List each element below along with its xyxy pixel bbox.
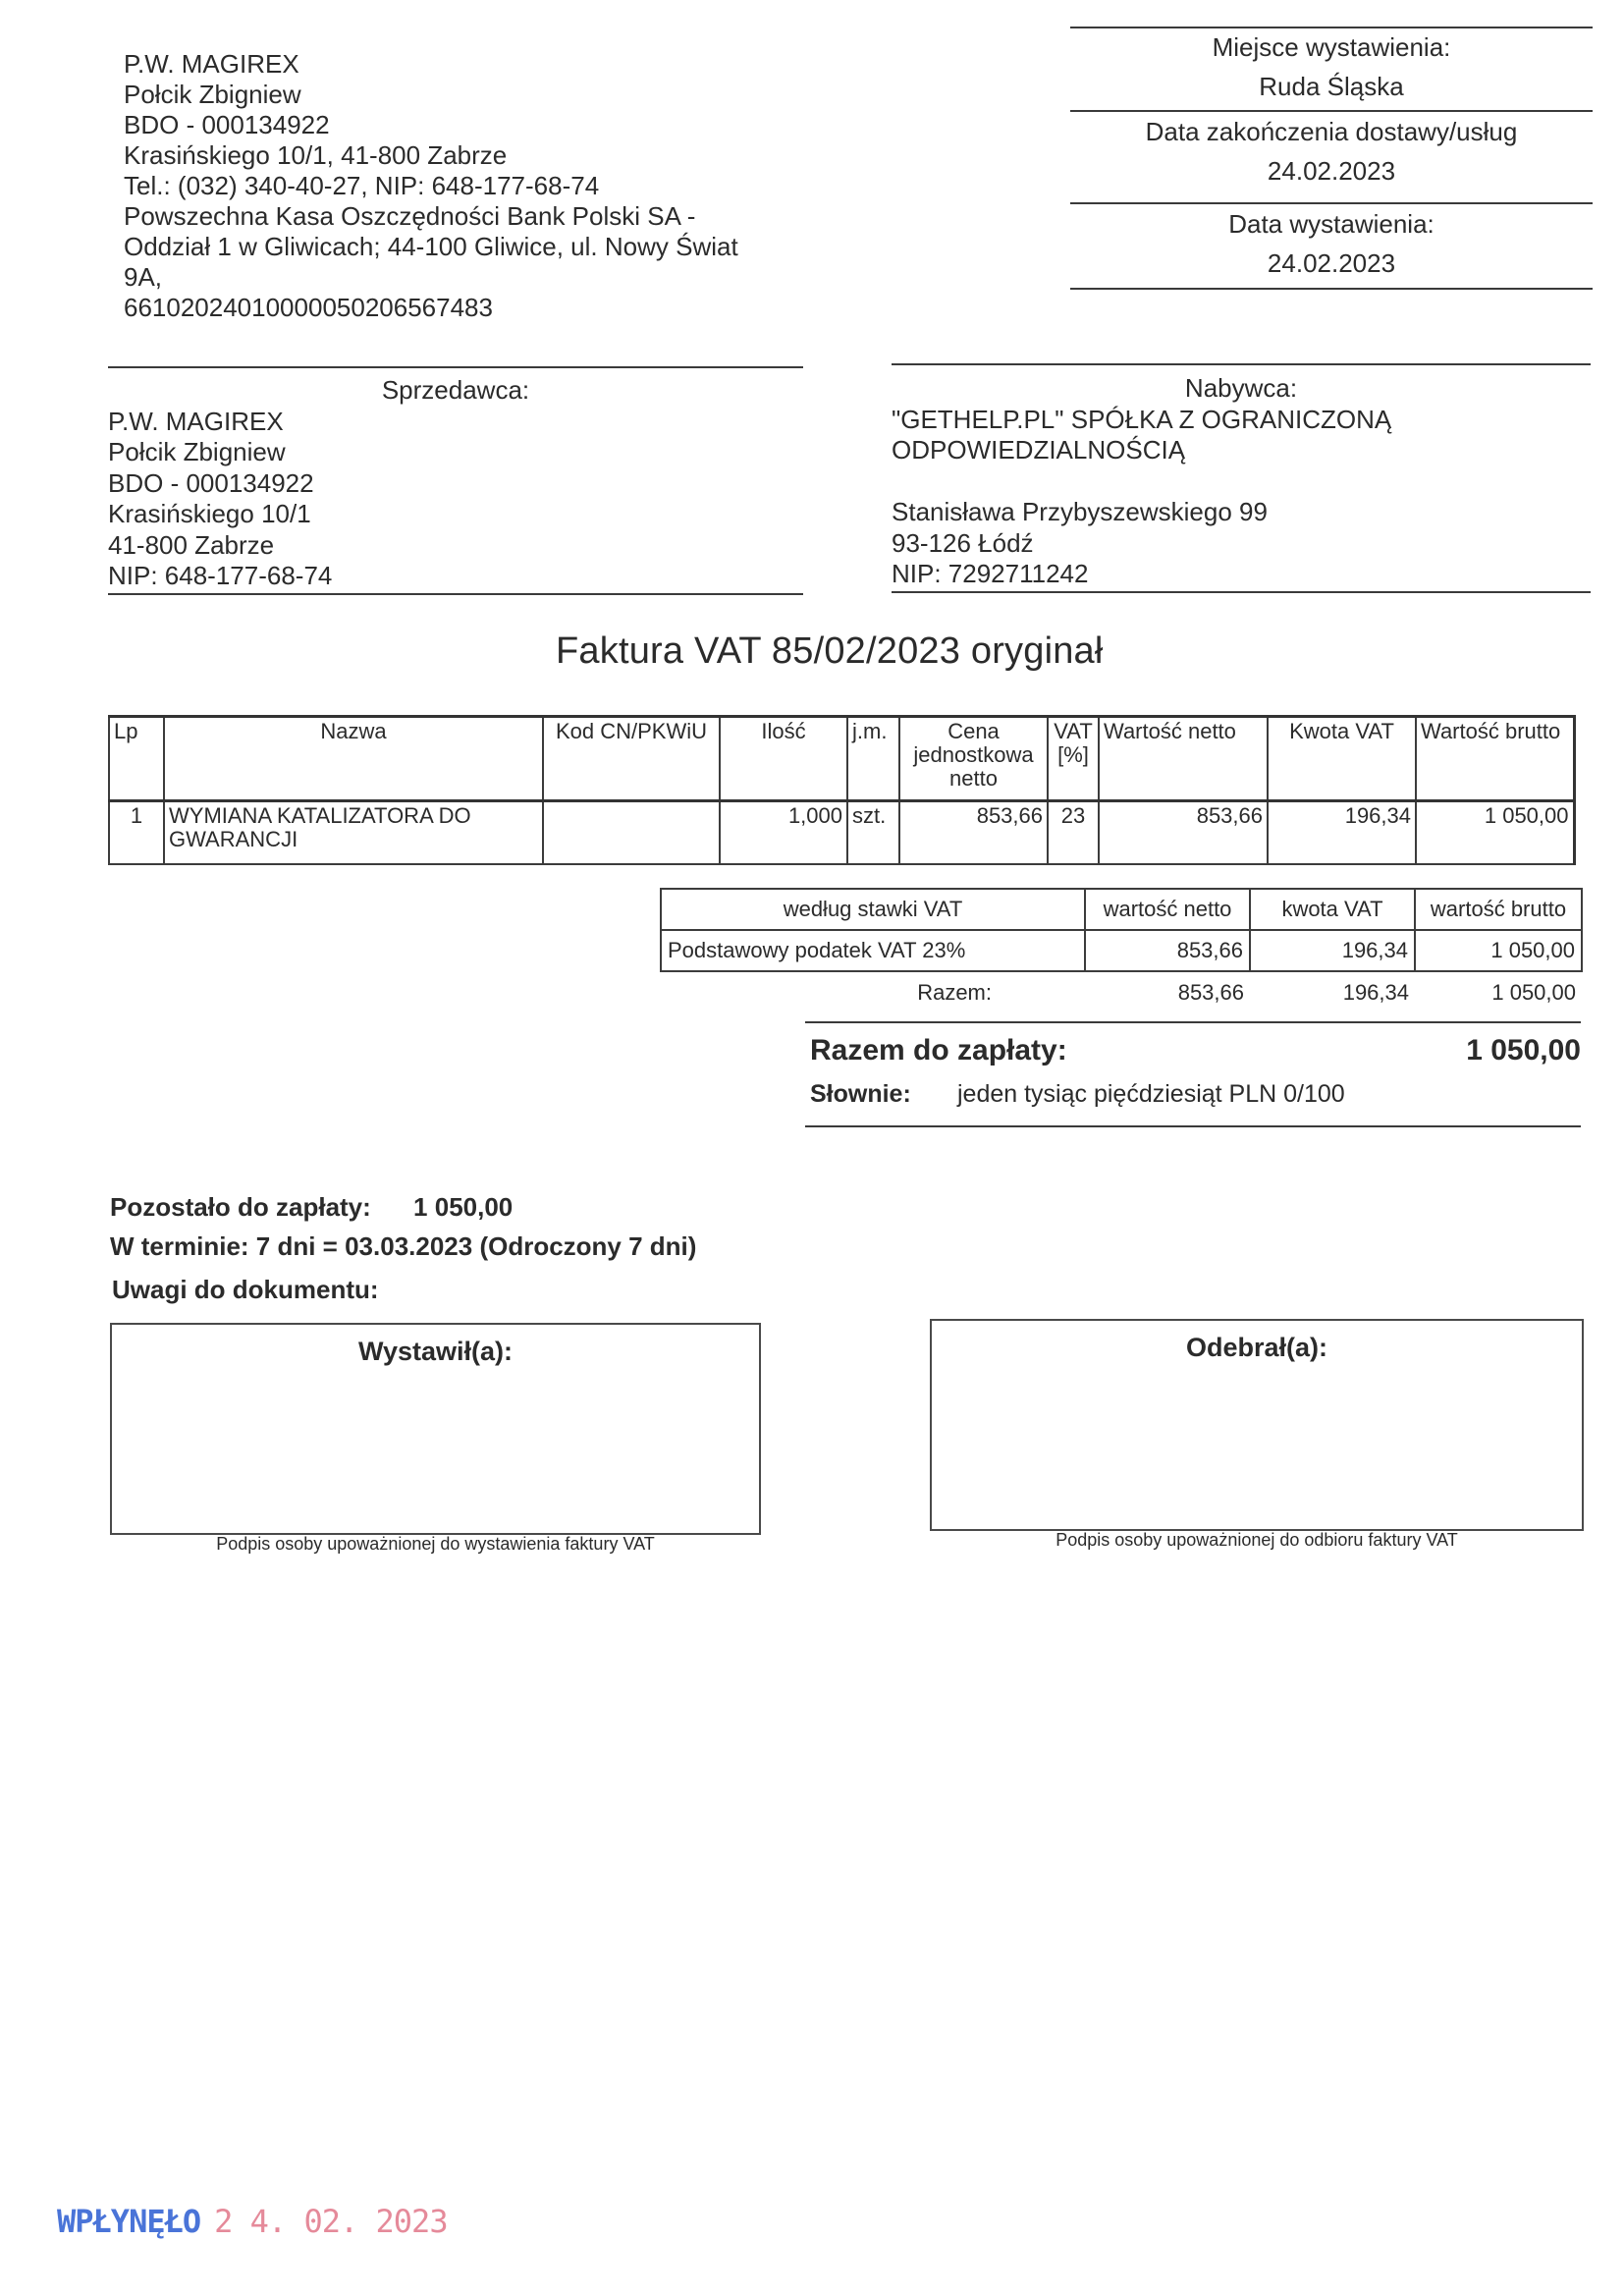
- table-row: 1 WYMIANA KATALIZATORA DO GWARANCJI 1,00…: [109, 801, 1574, 864]
- col-vat: VAT [%]: [1048, 717, 1099, 801]
- seller-line: Połcik Zbigniew: [108, 437, 803, 468]
- issuer-line: Krasińskiego 10/1, 41-800 Zabrze: [124, 140, 791, 171]
- buyer-line: Stanisława Przybyszewskiego 99: [892, 497, 1591, 528]
- col-name: Nazwa: [164, 717, 543, 801]
- cell-vat: 23: [1048, 801, 1099, 864]
- divider: [805, 1021, 1581, 1023]
- col-gross: Wartość brutto: [1416, 717, 1574, 801]
- divider: [892, 363, 1591, 365]
- divider: [108, 593, 803, 595]
- remaining-label: Pozostało do zapłaty:: [110, 1192, 371, 1222]
- total-due-label: Razem do zapłaty:: [810, 1034, 1067, 1067]
- divider: [108, 366, 803, 368]
- col-code: Kod CN/PKWiU: [543, 717, 720, 801]
- remaining-block: Pozostało do zapłaty: 1 050,00: [110, 1192, 513, 1223]
- summary-vat: 196,34: [1250, 930, 1415, 971]
- buyer-name: ODPOWIEDZIALNOŚCIĄ: [892, 435, 1591, 466]
- summary-total-label: Razem:: [661, 971, 1085, 1012]
- summary-total-gross: 1 050,00: [1415, 971, 1582, 1012]
- issuer-line: Powszechna Kasa Oszczędności Bank Polski…: [124, 201, 791, 232]
- col-net: Wartość netto: [1099, 717, 1268, 801]
- divider: [1070, 288, 1593, 290]
- issuer-line: Oddział 1 w Gliwicach; 44-100 Gliwice, u…: [124, 232, 791, 262]
- received-by-title: Odebrał(a):: [932, 1333, 1582, 1363]
- seller-line: P.W. MAGIREX: [108, 407, 803, 438]
- seller-line: NIP: 648-177-68-74: [108, 561, 803, 592]
- issuer-line: Połcik Zbigniew: [124, 80, 791, 110]
- summary-total-vat: 196,34: [1250, 971, 1415, 1012]
- issuer-signature-box: Wystawił(a):: [110, 1323, 761, 1535]
- buyer-line: 93-126 Łódź: [892, 528, 1591, 560]
- stamp-word: WPŁYNĘŁO: [57, 2203, 200, 2240]
- seller-line: Krasińskiego 10/1: [108, 499, 803, 530]
- issuer-bank-account: 66102024010000050206567483: [124, 293, 791, 323]
- receiver-signature-caption: Podpis osoby upoważnionej do odbioru fak…: [930, 1530, 1584, 1551]
- summary-col-gross: wartość brutto: [1415, 889, 1582, 930]
- divider: [1070, 110, 1593, 112]
- receiver-signature-box: Odebrał(a):: [930, 1319, 1584, 1531]
- table-row: Podstawowy podatek VAT 23% 853,66 196,34…: [661, 930, 1582, 971]
- summary-total-row: Razem: 853,66 196,34 1 050,00: [661, 971, 1582, 1012]
- cell-unit: szt.: [847, 801, 899, 864]
- items-table: Lp Nazwa Kod CN/PKWiU Ilość j.m. Cena je…: [108, 715, 1576, 865]
- summary-header-row: według stawki VAT wartość netto kwota VA…: [661, 889, 1582, 930]
- summary-rate: Podstawowy podatek VAT 23%: [661, 930, 1085, 971]
- buyer-name: "GETHELP.PL" SPÓŁKA Z OGRANICZONĄ: [892, 405, 1591, 436]
- summary-col-rate: według stawki VAT: [661, 889, 1085, 930]
- vat-summary-table: według stawki VAT wartość netto kwota VA…: [660, 888, 1583, 1012]
- cell-gross: 1 050,00: [1416, 801, 1574, 864]
- total-due-value: 1 050,00: [1414, 1034, 1581, 1067]
- cell-price: 853,66: [899, 801, 1048, 864]
- issuer-line: BDO - 000134922: [124, 110, 791, 140]
- col-price: Cena jednostkowa netto: [899, 717, 1048, 801]
- issuer-line: P.W. MAGIREX: [124, 49, 791, 80]
- delivery-date-label: Data zakończenia dostawy/usług: [1070, 117, 1593, 147]
- col-unit: j.m.: [847, 717, 899, 801]
- divider: [1070, 27, 1593, 28]
- summary-col-vat: kwota VAT: [1250, 889, 1415, 930]
- buyer-block: Nabywca: "GETHELP.PL" SPÓŁKA Z OGRANICZO…: [892, 373, 1591, 590]
- divider: [892, 591, 1591, 593]
- cell-lp: 1: [109, 801, 164, 864]
- delivery-date-value: 24.02.2023: [1070, 156, 1593, 187]
- seller-line: 41-800 Zabrze: [108, 530, 803, 562]
- seller-block: Sprzedawca: P.W. MAGIREX Połcik Zbigniew…: [108, 375, 803, 592]
- cell-vat-amount: 196,34: [1268, 801, 1416, 864]
- divider: [1070, 202, 1593, 204]
- notes-label: Uwagi do dokumentu:: [112, 1275, 379, 1305]
- issued-by-title: Wystawił(a):: [112, 1337, 759, 1367]
- summary-gross: 1 050,00: [1415, 930, 1582, 971]
- issuer-line: 9A,: [124, 262, 791, 293]
- amount-in-words-value: jeden tysiąc pięćdziesiąt PLN 0/100: [957, 1080, 1345, 1109]
- summary-net: 853,66: [1085, 930, 1250, 971]
- received-stamp: WPŁYNĘŁO2 4. 02. 2023: [57, 2203, 448, 2240]
- col-vat-amount: Kwota VAT: [1268, 717, 1416, 801]
- issuer-block: P.W. MAGIREX Połcik Zbigniew BDO - 00013…: [124, 49, 791, 323]
- cell-qty: 1,000: [720, 801, 847, 864]
- remaining-value: 1 050,00: [413, 1192, 513, 1222]
- invoice-title: Faktura VAT 85/02/2023 oryginał: [556, 630, 1104, 673]
- buyer-title: Nabywca:: [892, 373, 1591, 405]
- summary-total-net: 853,66: [1085, 971, 1250, 1012]
- summary-col-net: wartość netto: [1085, 889, 1250, 930]
- buyer-line: NIP: 7292711242: [892, 559, 1591, 590]
- place-label: Miejsce wystawienia:: [1070, 32, 1593, 63]
- seller-title: Sprzedawca:: [108, 375, 803, 407]
- issue-date-label: Data wystawienia:: [1070, 209, 1593, 240]
- seller-line: BDO - 000134922: [108, 468, 803, 500]
- place-value: Ruda Śląska: [1070, 72, 1593, 102]
- payment-term: W terminie: 7 dni = 03.03.2023 (Odroczon…: [110, 1231, 696, 1262]
- spacer: [892, 466, 1591, 498]
- cell-code: [543, 801, 720, 864]
- cell-name: WYMIANA KATALIZATORA DO GWARANCJI: [164, 801, 543, 864]
- stamp-date: 2 4. 02. 2023: [214, 2203, 447, 2240]
- divider: [805, 1125, 1581, 1127]
- issue-date-value: 24.02.2023: [1070, 248, 1593, 279]
- col-lp: Lp: [109, 717, 164, 801]
- issuer-signature-caption: Podpis osoby upoważnionej do wystawienia…: [110, 1534, 761, 1555]
- col-qty: Ilość: [720, 717, 847, 801]
- amount-in-words-label: Słownie:: [810, 1080, 911, 1109]
- items-header-row: Lp Nazwa Kod CN/PKWiU Ilość j.m. Cena je…: [109, 717, 1574, 801]
- cell-net: 853,66: [1099, 801, 1268, 864]
- issuer-line: Tel.: (032) 340-40-27, NIP: 648-177-68-7…: [124, 171, 791, 201]
